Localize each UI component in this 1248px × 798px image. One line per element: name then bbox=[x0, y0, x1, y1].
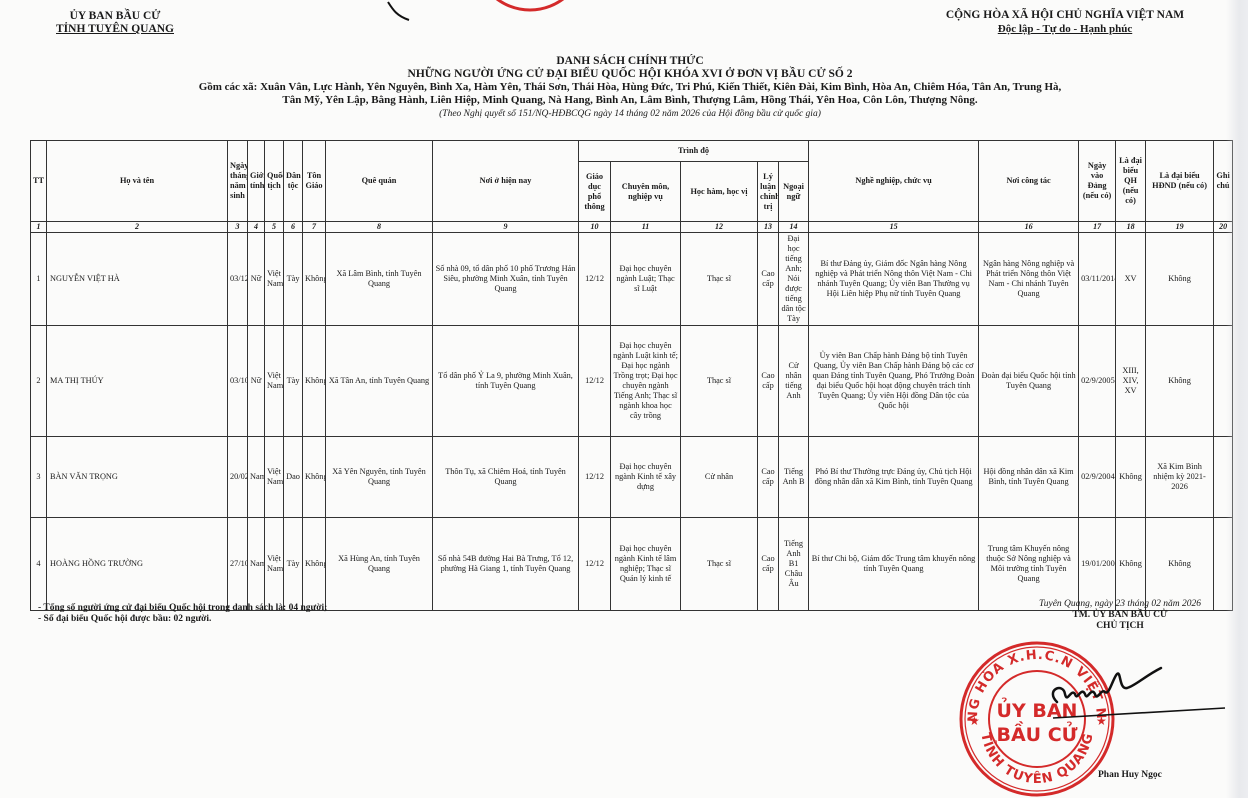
cell-religion: Không bbox=[303, 326, 326, 437]
cell-pc-delegate: Không bbox=[1146, 518, 1214, 611]
communes-line-1: Gồm các xã: Xuân Vân, Lực Hành, Yên Nguy… bbox=[90, 81, 1170, 94]
cell-residence: Số nhà 54B đường Hai Bà Trưng, Tổ 12, ph… bbox=[433, 518, 579, 611]
col-num: 11 bbox=[611, 222, 681, 233]
cell-workplace: Đoàn đại biểu Quốc hội tỉnh Tuyên Quang bbox=[979, 326, 1079, 437]
cell-workplace: Trung tâm Khuyến nông thuộc Sở Nông nghi… bbox=[979, 518, 1079, 611]
header-hometown: Quê quán bbox=[326, 141, 433, 222]
cell-ethnicity: Tày bbox=[284, 233, 303, 326]
cell-general-edu: 12/12 bbox=[579, 518, 611, 611]
cell-specialty: Đại học chuyên ngành Kinh tế xây dựng bbox=[611, 437, 681, 518]
cell-occupation: Bí thư Đảng ủy, Giám đốc Ngân hàng Nông … bbox=[809, 233, 979, 326]
cell-na-delegate: Không bbox=[1116, 437, 1146, 518]
cell-pc-delegate: Không bbox=[1146, 326, 1214, 437]
document-title: DANH SÁCH CHÍNH THỨC bbox=[90, 55, 1170, 68]
cell-na-delegate: XV bbox=[1116, 233, 1146, 326]
header-na-delegate: Là đại biểu QH (nếu có) bbox=[1116, 141, 1146, 222]
cell-general-edu: 12/12 bbox=[579, 326, 611, 437]
header-occupation: Nghề nghiệp, chức vụ bbox=[809, 141, 979, 222]
cell-hometown: Xã Yên Nguyên, tỉnh Tuyên Quang bbox=[326, 437, 433, 518]
cell-general-edu: 12/12 bbox=[579, 233, 611, 326]
col-num: 8 bbox=[326, 222, 433, 233]
column-number-row: 1 2 3 4 5 6 7 8 9 10 11 12 13 14 15 16 1… bbox=[31, 222, 1233, 233]
header-party-date: Ngày vào Đảng (nếu có) bbox=[1079, 141, 1116, 222]
signature-scribble-icon bbox=[385, 0, 425, 25]
cell-gender: Nam bbox=[248, 437, 265, 518]
cell-language: Đại học tiếng Anh; Nói được tiếng dân tộ… bbox=[779, 233, 809, 326]
signer-name: Phan Huy Ngọc bbox=[1098, 770, 1162, 780]
svg-text:★: ★ bbox=[969, 714, 980, 728]
cell-political: Cao cấp bbox=[758, 518, 779, 611]
header-pc-delegate: Là đại biểu HĐND (nếu có) bbox=[1146, 141, 1214, 222]
col-num: 9 bbox=[433, 222, 579, 233]
col-num: 4 bbox=[248, 222, 265, 233]
cell-residence: Thôn Tụ, xã Chiêm Hoá, tỉnh Tuyên Quang bbox=[433, 437, 579, 518]
cell-language: Cử nhân tiếng Anh bbox=[779, 326, 809, 437]
col-num: 7 bbox=[303, 222, 326, 233]
cell-specialty: Đại học chuyên ngành Luật kinh tế; Đại h… bbox=[611, 326, 681, 437]
cell-residence: Số nhà 09, tổ dân phố 10 phố Trương Hán … bbox=[433, 233, 579, 326]
cell-name: MA THỊ THÚY bbox=[47, 326, 228, 437]
col-num: 19 bbox=[1146, 222, 1214, 233]
cell-gender: Nữ bbox=[248, 233, 265, 326]
cell-specialty: Đại học chuyên ngành Luật; Thạc sĩ Luật bbox=[611, 233, 681, 326]
scan-shadow-edge bbox=[1226, 0, 1248, 798]
table-row: 3BÀN VĂN TRỌNG20/02/1971NamViệt NamDaoKh… bbox=[31, 437, 1233, 518]
cell-nationality: Việt Nam bbox=[265, 518, 284, 611]
signer-role: CHỦ TỊCH bbox=[1005, 621, 1235, 632]
col-num: 3 bbox=[228, 222, 248, 233]
header-degree: Học hàm, học vị bbox=[681, 162, 758, 222]
col-num: 10 bbox=[579, 222, 611, 233]
cell-language: Tiếng Anh B bbox=[779, 437, 809, 518]
cell-hometown: Xã Lâm Bình, tỉnh Tuyên Quang bbox=[326, 233, 433, 326]
on-behalf: TM. ỦY BAN BẦU CỬ bbox=[1005, 610, 1235, 621]
cell-ethnicity: Tày bbox=[284, 326, 303, 437]
cell-dob: 20/02/1971 bbox=[228, 437, 248, 518]
col-num: 13 bbox=[758, 222, 779, 233]
col-num: 12 bbox=[681, 222, 758, 233]
cell-party-date: 02/9/2005 bbox=[1079, 326, 1116, 437]
col-num: 14 bbox=[779, 222, 809, 233]
cell-gender: Nam bbox=[248, 518, 265, 611]
col-num: 17 bbox=[1079, 222, 1116, 233]
cell-occupation: Ủy viên Ban Chấp hành Đảng bộ tỉnh Tuyên… bbox=[809, 326, 979, 437]
header-political: Lý luận chính trị bbox=[758, 162, 779, 222]
col-num: 1 bbox=[31, 222, 47, 233]
col-num: 6 bbox=[284, 222, 303, 233]
handwritten-signature-icon bbox=[1035, 660, 1230, 735]
cell-occupation: Bí thư Chi bộ, Giám đốc Trung tâm khuyến… bbox=[809, 518, 979, 611]
cell-tt: 2 bbox=[31, 326, 47, 437]
cell-name: NGUYỄN VIỆT HÀ bbox=[47, 233, 228, 326]
nation-name: CỘNG HÒA XÃ HỘI CHỦ NGHĨA VIỆT NAM bbox=[900, 8, 1230, 22]
cell-political: Cao cấp bbox=[758, 233, 779, 326]
cell-tt: 1 bbox=[31, 233, 47, 326]
cell-nationality: Việt Nam bbox=[265, 437, 284, 518]
cell-party-date: 02/9/2004 bbox=[1079, 437, 1116, 518]
cell-specialty: Đại học chuyên ngành Kinh tế lâm nghiệp;… bbox=[611, 518, 681, 611]
national-header: CỘNG HÒA XÃ HỘI CHỦ NGHĨA VIỆT NAM Độc l… bbox=[900, 8, 1230, 36]
header-language: Ngoại ngữ bbox=[779, 162, 809, 222]
cell-political: Cao cấp bbox=[758, 326, 779, 437]
place-date: Tuyên Quang, ngày 23 tháng 02 năm 2026 bbox=[1005, 599, 1235, 610]
header-nationality: Quốc tịch bbox=[265, 141, 284, 222]
header-specialty: Chuyên môn, nghiệp vụ bbox=[611, 162, 681, 222]
note-seats: - Số đại biểu Quốc hội được bầu: 02 ngườ… bbox=[38, 614, 327, 625]
cell-na-delegate: Không bbox=[1116, 518, 1146, 611]
signature-block: Tuyên Quang, ngày 23 tháng 02 năm 2026 T… bbox=[1005, 599, 1235, 632]
issuing-organization: ỦY BAN BẦU CỬ TỈNH TUYÊN QUANG bbox=[30, 10, 200, 36]
cell-party-date: 03/11/2014 bbox=[1079, 233, 1116, 326]
national-motto: Độc lập - Tự do - Hạnh phúc bbox=[900, 22, 1230, 36]
cell-gender: Nữ bbox=[248, 326, 265, 437]
table-row: 1NGUYỄN VIỆT HÀ03/12/1985NữViệt NamTàyKh… bbox=[31, 233, 1233, 326]
cell-dob: 27/10/1981 bbox=[228, 518, 248, 611]
cell-dob: 03/10/1978 bbox=[228, 326, 248, 437]
table-row: 4HOÀNG HỒNG TRƯỜNG27/10/1981NamViệt NamT… bbox=[31, 518, 1233, 611]
cell-nationality: Việt Nam bbox=[265, 326, 284, 437]
col-num: 2 bbox=[47, 222, 228, 233]
cell-language: Tiếng Anh B1 Châu Âu bbox=[779, 518, 809, 611]
cell-name: BÀN VĂN TRỌNG bbox=[47, 437, 228, 518]
header-education-group: Trình độ bbox=[579, 141, 809, 162]
cell-general-edu: 12/12 bbox=[579, 437, 611, 518]
cell-degree: Thạc sĩ bbox=[681, 326, 758, 437]
cell-religion: Không bbox=[303, 437, 326, 518]
header-name: Họ và tên bbox=[47, 141, 228, 222]
cell-na-delegate: XIII, XIV, XV bbox=[1116, 326, 1146, 437]
col-num: 15 bbox=[809, 222, 979, 233]
col-num: 5 bbox=[265, 222, 284, 233]
communes-line-2: Tân Mỹ, Yên Lập, Bằng Hành, Liên Hiệp, M… bbox=[90, 94, 1170, 107]
cell-religion: Không bbox=[303, 233, 326, 326]
org-line-2: TỈNH TUYÊN QUANG bbox=[30, 23, 200, 36]
cell-workplace: Ngân hàng Nông nghiệp và Phát triển Nông… bbox=[979, 233, 1079, 326]
document-subtitle: NHỮNG NGƯỜI ỨNG CỬ ĐẠI BIỂU QUỐC HỘI KHÓ… bbox=[90, 68, 1170, 81]
header-tt: TT bbox=[31, 141, 47, 222]
legal-basis: (Theo Nghị quyết số 151/NQ-HĐBCQG ngày 1… bbox=[90, 108, 1170, 121]
cell-tt: 4 bbox=[31, 518, 47, 611]
cell-nationality: Việt Nam bbox=[265, 233, 284, 326]
cell-workplace: Hội đồng nhân dân xã Kim Bình, tỉnh Tuyê… bbox=[979, 437, 1079, 518]
cell-ethnicity: Tày bbox=[284, 518, 303, 611]
col-num: 18 bbox=[1116, 222, 1146, 233]
summary-notes: - Tổng số người ứng cử đại biểu Quốc hội… bbox=[38, 603, 327, 625]
cell-degree: Thạc sĩ bbox=[681, 518, 758, 611]
cell-pc-delegate: Xã Kim Bình nhiệm kỳ 2021-2026 bbox=[1146, 437, 1214, 518]
header-residence: Nơi ở hiện nay bbox=[433, 141, 579, 222]
cell-dob: 03/12/1985 bbox=[228, 233, 248, 326]
cell-hometown: Xã Hùng An, tỉnh Tuyên Quang bbox=[326, 518, 433, 611]
note-total-candidates: - Tổng số người ứng cử đại biểu Quốc hội… bbox=[38, 603, 327, 614]
cell-residence: Tổ dân phố Ỷ La 9, phường Minh Xuân, tỉn… bbox=[433, 326, 579, 437]
cell-occupation: Phó Bí thư Thường trực Đảng ủy, Chủ tịch… bbox=[809, 437, 979, 518]
header-ethnicity: Dân tộc bbox=[284, 141, 303, 222]
table-row: 2MA THỊ THÚY03/10/1978NữViệt NamTàyKhông… bbox=[31, 326, 1233, 437]
cell-ethnicity: Dao bbox=[284, 437, 303, 518]
document-title-block: DANH SÁCH CHÍNH THỨC NHỮNG NGƯỜI ỨNG CỬ … bbox=[90, 55, 1170, 121]
cell-name: HOÀNG HỒNG TRƯỜNG bbox=[47, 518, 228, 611]
cell-degree: Thạc sĩ bbox=[681, 233, 758, 326]
cell-degree: Cử nhân bbox=[681, 437, 758, 518]
header-workplace: Nơi công tác bbox=[979, 141, 1079, 222]
cell-pc-delegate: Không bbox=[1146, 233, 1214, 326]
col-num: 16 bbox=[979, 222, 1079, 233]
cell-party-date: 19/01/2005 bbox=[1079, 518, 1116, 611]
cell-religion: Không bbox=[303, 518, 326, 611]
candidate-table: TT Họ và tên Ngày tháng năm sinh Giới tí… bbox=[30, 140, 1233, 611]
header-gender: Giới tính bbox=[248, 141, 265, 222]
header-general-edu: Giáo dục phổ thông bbox=[579, 162, 611, 222]
header-religion: Tôn Giáo bbox=[303, 141, 326, 222]
header-dob: Ngày tháng năm sinh bbox=[228, 141, 248, 222]
stamp-top-partial-icon: AN CỬ bbox=[470, 0, 590, 25]
cell-political: Cao cấp bbox=[758, 437, 779, 518]
cell-tt: 3 bbox=[31, 437, 47, 518]
cell-hometown: Xã Tân An, tỉnh Tuyên Quang bbox=[326, 326, 433, 437]
org-line-1: ỦY BAN BẦU CỬ bbox=[30, 10, 200, 23]
